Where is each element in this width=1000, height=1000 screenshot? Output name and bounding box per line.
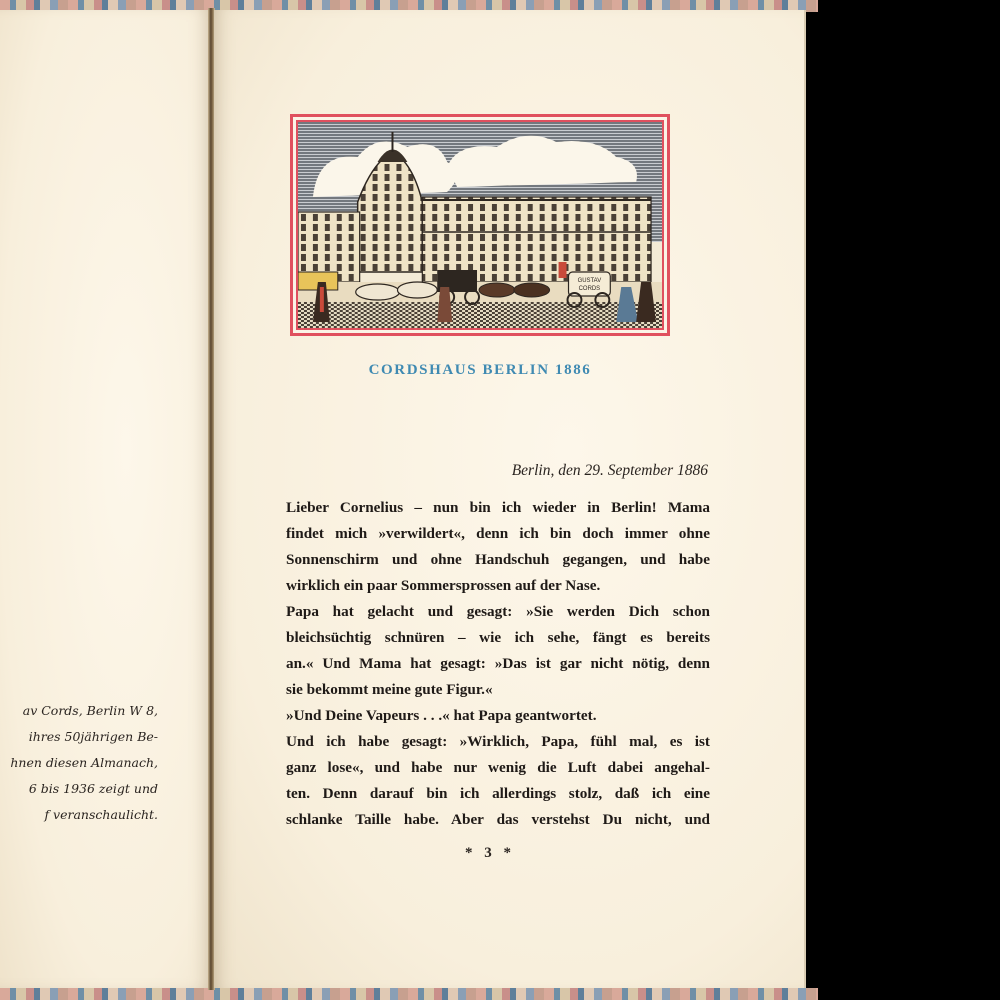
left-line: f veranschaulicht. [0,802,158,828]
body-line: »Und Deine Vapeurs . . .« hat Papa geant… [286,703,710,729]
body-line: ten. Denn darauf bin ich allerdings stol… [286,781,710,807]
letter-body: Lieber Cornelius – nun bin ich wieder in… [286,495,710,833]
svg-text:CORDS: CORDS [579,286,601,292]
left-line: ihres 50jährigen Be- [0,724,158,750]
body-line: findet mich »verwildert«, denn ich bin d… [286,521,710,547]
letter-dateline: Berlin, den 29. September 1886 [286,462,708,480]
left-line: av Cords, Berlin W 8, [0,698,158,724]
left-line: hnen diesen Almanach, [0,750,158,776]
illustration-caption: CORDSHAUS BERLIN 1886 [290,362,670,379]
body-line: Und ich habe gesagt: »Wirklich, Papa, fü… [286,729,710,755]
left-line: 6 bis 1936 zeigt und [0,776,158,802]
body-line: sie bekommt meine gute Figur.« [286,677,710,703]
body-line: ganz lose«, und habe nur wenig die Luft … [286,755,710,781]
body-line: wirklich ein paar Sommersprossen auf der… [286,573,710,599]
building-engraving-icon: GUSTAV CORDS [298,122,662,328]
cover-pattern-bottom [0,988,818,1000]
cordshaus-illustration: GUSTAV CORDS [296,120,664,330]
left-page-dedication: av Cords, Berlin W 8, ihres 50jährigen B… [0,698,158,828]
left-page: av Cords, Berlin W 8, ihres 50jährigen B… [0,10,210,988]
page-number: * 3 * [440,845,540,862]
book-spread: av Cords, Berlin W 8, ihres 50jährigen B… [0,0,1000,1000]
body-line: Sonnenschirm und ohne Handschuh gegangen… [286,547,710,573]
body-line: bleichsüchtig schnüren – wie ich sehe, f… [286,625,710,651]
body-line: an.« Und Mama hat gesagt: »Das ist gar n… [286,651,710,677]
body-line: schlanke Taille habe. Aber das verstehst… [286,807,710,833]
illustration-frame: GUSTAV CORDS [290,114,670,336]
body-line: Lieber Cornelius – nun bin ich wieder in… [286,495,710,521]
svg-text:GUSTAV: GUSTAV [578,278,602,284]
body-line: Papa hat gelacht und gesagt: »Sie werden… [286,599,710,625]
